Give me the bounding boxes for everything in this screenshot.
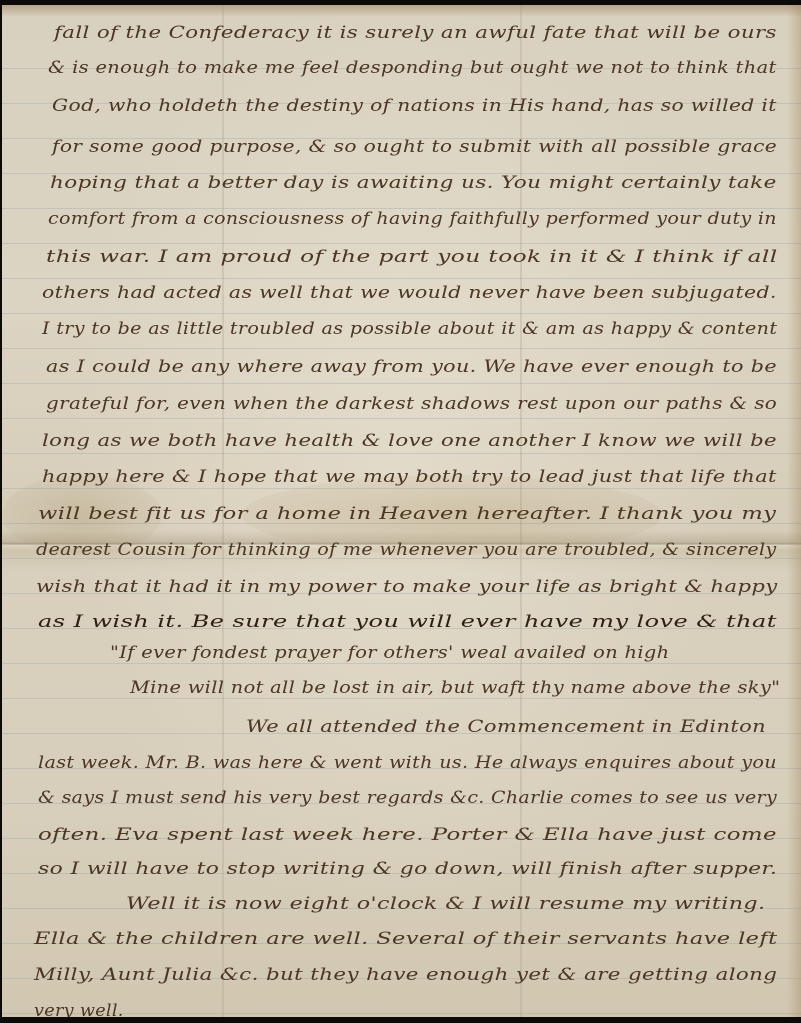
letter-line: often. Eva spent last week here. Porter …	[38, 825, 777, 845]
letter-line-poem: Mine will not all be lost in air, but wa…	[130, 678, 780, 698]
letter-line: Well it is now eight o'clock & I will re…	[126, 894, 765, 914]
letter-line: & is enough to make me feel desponding b…	[48, 58, 777, 78]
letter-line: long as we both have health & love one a…	[42, 431, 777, 451]
letter-line: dearest Cousin for thinking of me whenev…	[36, 540, 777, 560]
letter-line: hoping that a better day is awaiting us.…	[50, 173, 777, 193]
letter-line: for some good purpose, & so ought to sub…	[52, 137, 777, 157]
letter-line: Ella & the children are well. Several of…	[34, 929, 778, 949]
paper-edge-stain	[2, 5, 801, 17]
letter-line: so I will have to stop writing & go down…	[38, 859, 777, 879]
letter-line: grateful for, even when the darkest shad…	[46, 394, 777, 414]
letter-line: last week. Mr. B. was here & went with u…	[38, 753, 777, 773]
letter-line: others had acted as well that we would n…	[42, 283, 777, 303]
letter-line: happy here & I hope that we may both try…	[42, 467, 777, 487]
letter-line: wish that it had it in my power to make …	[36, 577, 778, 597]
letter-line: God, who holdeth the destiny of nations …	[52, 96, 777, 116]
letter-line: as I could be any where away from you. W…	[46, 357, 777, 377]
letter-line: as I wish it. Be sure that you will ever…	[38, 612, 777, 632]
letter-line: & says I must send his very best regards…	[38, 788, 777, 808]
letter-line: very well.	[34, 1001, 124, 1017]
letter-line: fall of the Confederacy it is surely an …	[54, 23, 777, 43]
paper-edge-right	[787, 5, 801, 1017]
letter-line: comfort from a consciousness of having f…	[48, 209, 777, 229]
letter-line: I try to be as little troubled as possib…	[42, 319, 777, 339]
letter-page: fall of the Confederacy it is surely an …	[2, 5, 801, 1017]
letter-line: Milly, Aunt Julia &c. but they have enou…	[34, 965, 777, 985]
letter-line: We all attended the Commencement in Edin…	[246, 717, 766, 737]
letter-line-poem: "If ever fondest prayer for others' weal…	[110, 643, 670, 663]
letter-line: this war. I am proud of the part you too…	[46, 247, 778, 267]
letter-line: will best fit us for a home in Heaven he…	[38, 504, 776, 524]
